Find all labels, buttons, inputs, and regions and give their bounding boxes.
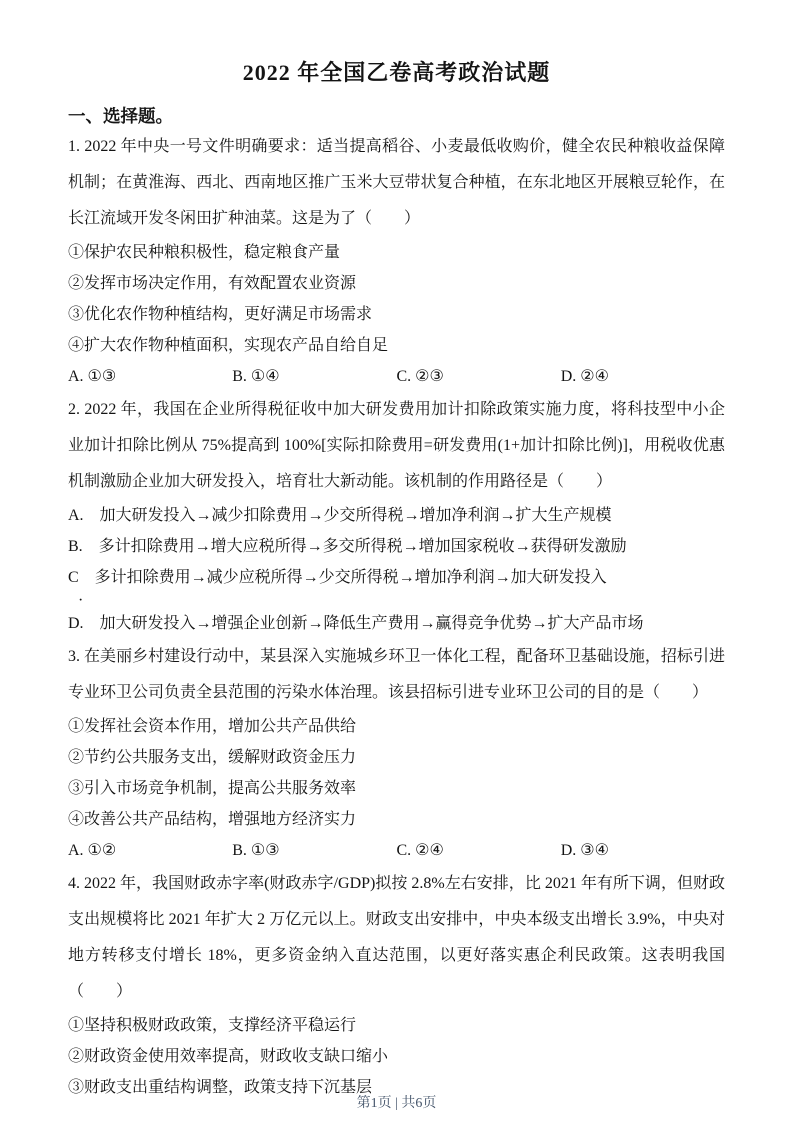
question-1-choice-b: B. ①④ — [232, 361, 396, 392]
page-footer: 第1页 | 共6页 — [0, 1092, 793, 1112]
question-2-option-a: A. 加大研发投入→减少扣除费用→少交所得税→增加净利润→扩大生产规模 — [68, 500, 725, 531]
question-3-option-2: ②节约公共服务支出，缓解财政资金压力 — [68, 742, 725, 773]
question-1-choice-d: D. ②④ — [561, 361, 725, 392]
question-4-stem: 4. 2022 年，我国财政赤字率(财政赤字/GDP)拟按 2.8%左右安排，比… — [68, 866, 725, 1010]
question-3: 3. 在美丽乡村建设行动中，某县深入实施城乡环卫一体化工程，配备环卫基础设施，招… — [68, 639, 725, 866]
section-heading: 一、选择题。 — [68, 103, 725, 129]
exam-page: 2022 年全国乙卷高考政治试题 一、选择题。 1. 2022 年中央一号文件明… — [0, 0, 793, 1122]
question-3-choice-a: A. ①② — [68, 835, 232, 866]
question-2: 2. 2022 年，我国在企业所得税征收中加大研发费用加计扣除政策实施力度，将科… — [68, 392, 725, 639]
question-1-option-3: ③优化农作物种植结构，更好满足市场需求 — [68, 299, 725, 330]
question-3-option-1: ①发挥社会资本作用，增加公共产品供给 — [68, 711, 725, 742]
question-3-choice-c: C. ②④ — [397, 835, 561, 866]
question-3-stem: 3. 在美丽乡村建设行动中，某县深入实施城乡环卫一体化工程，配备环卫基础设施，招… — [68, 639, 725, 711]
question-1-option-2: ②发挥市场决定作用，有效配置农业资源 — [68, 268, 725, 299]
document-title: 2022 年全国乙卷高考政治试题 — [68, 56, 725, 87]
question-2-stem: 2. 2022 年，我国在企业所得税征收中加大研发费用加计扣除政策实施力度，将科… — [68, 392, 725, 500]
question-1-choice-a: A. ①③ — [68, 361, 232, 392]
question-3-option-3: ③引入市场竞争机制，提高公共服务效率 — [68, 773, 725, 804]
question-2-option-c: C 多计扣除费用→减少应税所得→少交所得税→增加净利润→加大研发投入 — [68, 562, 725, 593]
question-3-option-4: ④改善公共产品结构，增强地方经济实力 — [68, 804, 725, 835]
question-4: 4. 2022 年，我国财政赤字率(财政赤字/GDP)拟按 2.8%左右安排，比… — [68, 866, 725, 1103]
question-1-option-4: ④扩大农作物种植面积，实现农产品自给自足 — [68, 330, 725, 361]
question-1: 1. 2022 年中央一号文件明确要求：适当提高稻谷、小麦最低收购价，健全农民种… — [68, 129, 725, 392]
question-1-stem: 1. 2022 年中央一号文件明确要求：适当提高稻谷、小麦最低收购价，健全农民种… — [68, 129, 725, 237]
question-2-option-d: D. 加大研发投入→增强企业创新→降低生产费用→赢得竞争优势→扩大产品市场 — [68, 608, 725, 639]
question-1-choice-c: C. ②③ — [397, 361, 561, 392]
question-1-option-1: ①保护农民种粮积极性，稳定粮食产量 — [68, 237, 725, 268]
stray-period-mark: · — [68, 593, 725, 608]
question-4-option-2: ②财政资金使用效率提高，财政收支缺口缩小 — [68, 1041, 725, 1072]
question-2-option-b: B. 多计扣除费用→增大应税所得→多交所得税→增加国家税收→获得研发激励 — [68, 531, 725, 562]
question-1-choice-row: A. ①③ B. ①④ C. ②③ D. ②④ — [68, 361, 725, 392]
question-3-choice-row: A. ①② B. ①③ C. ②④ D. ③④ — [68, 835, 725, 866]
question-4-option-1: ①坚持积极财政政策，支撑经济平稳运行 — [68, 1010, 725, 1041]
question-3-choice-b: B. ①③ — [232, 835, 396, 866]
question-3-choice-d: D. ③④ — [561, 835, 725, 866]
